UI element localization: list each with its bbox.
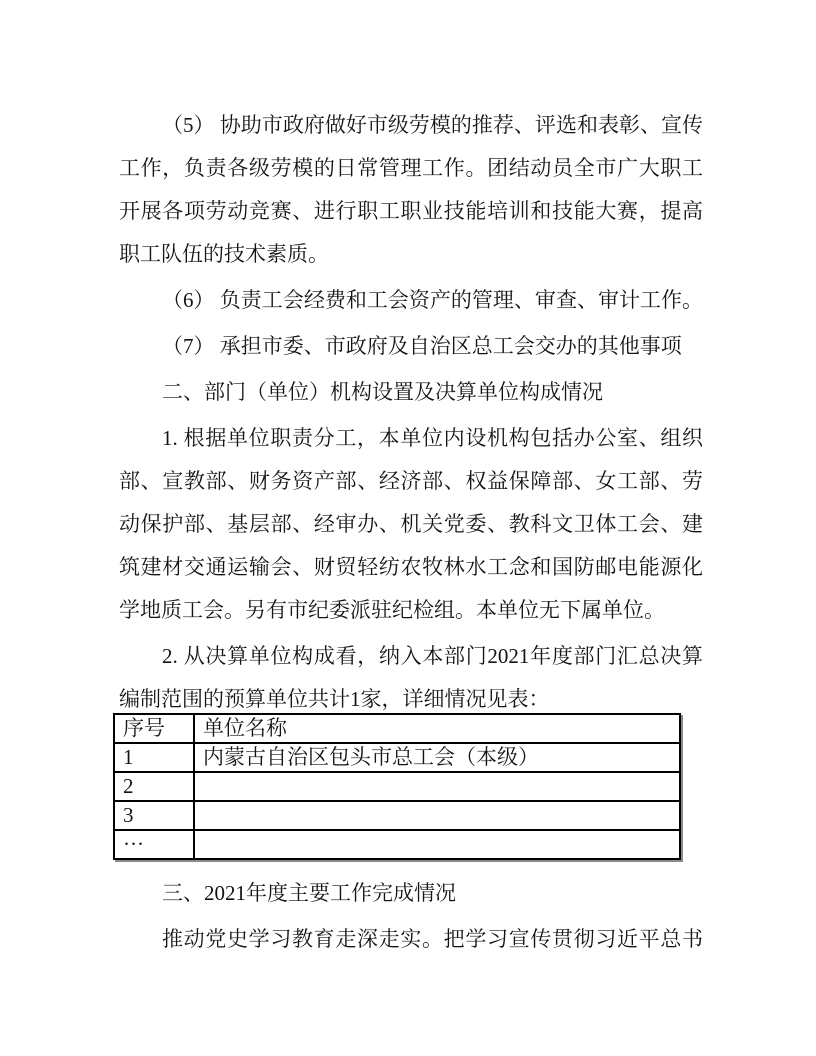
table-cell: 1	[114, 743, 194, 772]
section-heading-text: 二、部门（单位）机构设置及决算单位构成情况	[119, 371, 703, 414]
table-row: 1 内蒙古自治区包头市总工会（本级）	[114, 743, 680, 772]
table-row: ···	[114, 830, 680, 859]
paragraph-line: 推动党史学习教育走深走实。把学习宣传贯彻习近平总书	[119, 918, 703, 961]
table-cell: 2	[114, 772, 194, 801]
table-cell	[194, 801, 680, 830]
paragraph-line: 学地质工会。另有市纪委派驻纪检组。本单位无下属单位。	[119, 589, 703, 632]
document-page: （5） 协助市政府做好市级劳模的推荐、评选和表彰、宣传 工作，负责各级劳模的日常…	[0, 0, 816, 1056]
paragraph-decision-units: 2. 从决算单位构成看，纳入本部门2021年度部门汇总决算 编制范围的预算单位共…	[119, 635, 703, 721]
paragraph-line: 动保护部、基层部、经审办、机关党委、教科文卫体工会、建	[119, 503, 703, 546]
table-cell	[194, 772, 680, 801]
decision-units-table: 序号 单位名称 1 内蒙古自治区包头市总工会（本级） 2 3 ···	[113, 713, 681, 860]
paragraph-item-7: （7） 承担市委、市政府及自治区总工会交办的其他事项	[119, 325, 703, 368]
section-heading-text: 三、2021年度主要工作完成情况	[119, 872, 703, 915]
paragraph-line: （6） 负责工会经费和工会资产的管理、审查、审计工作。	[119, 279, 703, 322]
paragraph-line: （5） 协助市政府做好市级劳模的推荐、评选和表彰、宣传	[119, 104, 703, 147]
table-cell: 内蒙古自治区包头市总工会（本级）	[194, 743, 680, 772]
paragraph-work-summary: 推动党史学习教育走深走实。把学习宣传贯彻习近平总书	[119, 918, 703, 961]
paragraph-line: 开展各项劳动竞赛、进行职工职业技能培训和技能大赛，提高	[119, 190, 703, 233]
table-cell: 3	[114, 801, 194, 830]
section-heading-2: 二、部门（单位）机构设置及决算单位构成情况	[119, 371, 703, 414]
section-heading-3: 三、2021年度主要工作完成情况	[119, 872, 703, 915]
table-row: 2	[114, 772, 680, 801]
paragraph-item-6: （6） 负责工会经费和工会资产的管理、审查、审计工作。	[119, 279, 703, 322]
paragraph-line: 1. 根据单位职责分工，本单位内设机构包括办公室、组织	[119, 417, 703, 460]
paragraph-line: 筑建材交通运输会、财贸轻纺农牧林水工念和国防邮电能源化	[119, 546, 703, 589]
paragraph-org-structure: 1. 根据单位职责分工，本单位内设机构包括办公室、组织 部、宣教部、财务资产部、…	[119, 417, 703, 632]
paragraph-item-5: （5） 协助市政府做好市级劳模的推荐、评选和表彰、宣传 工作，负责各级劳模的日常…	[119, 104, 703, 276]
table-cell	[194, 830, 680, 859]
paragraph-line: 职工队伍的技术素质。	[119, 233, 703, 276]
paragraph-line: 部、宣教部、财务资产部、经济部、权益保障部、女工部、劳	[119, 460, 703, 503]
table-row: 3	[114, 801, 680, 830]
paragraph-line: 工作，负责各级劳模的日常管理工作。团结动员全市广大职工	[119, 147, 703, 190]
table-cell: ···	[114, 830, 194, 859]
paragraph-line: （7） 承担市委、市政府及自治区总工会交办的其他事项	[119, 325, 703, 368]
paragraph-line: 2. 从决算单位构成看，纳入本部门2021年度部门汇总决算	[119, 635, 703, 678]
